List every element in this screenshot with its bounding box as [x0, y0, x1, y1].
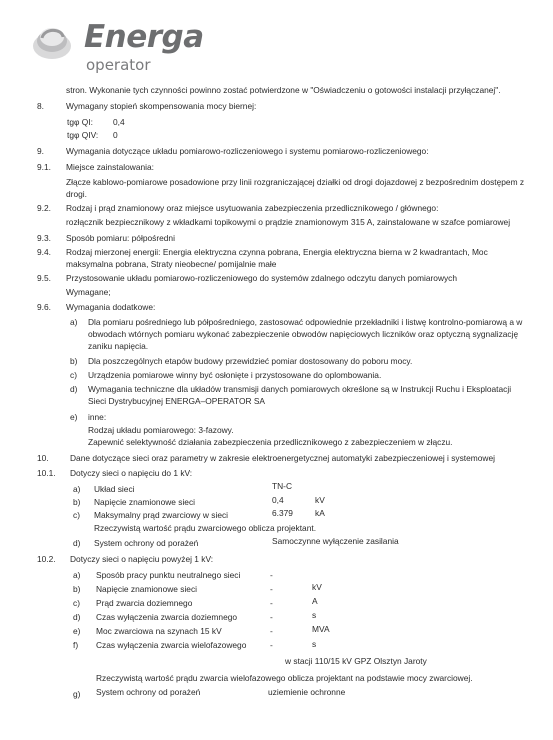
section-9-1-text: Złącze kablowo-pomiarowe posadowione prz… — [66, 178, 524, 186]
row-10-2-d-unit: s — [312, 611, 316, 619]
energa-swirl-icon — [30, 22, 78, 62]
row-10-1-c-letter: c) — [73, 511, 80, 519]
row-10-1-b-label: Napięcie znamionowe sieci — [94, 498, 195, 506]
section-9-2-title: Rodzaj i prąd znamionowy oraz miejsce us… — [66, 204, 438, 212]
item-9-6-b-line1: Dla poszczególnych etapów budowy przewid… — [88, 357, 412, 365]
section-9-5-number: 9.5. — [37, 274, 51, 282]
row-10-2-a-label: Sposób pracy punktu neutralnego sieci — [96, 571, 240, 579]
item-9-6-e-letter: e) — [70, 413, 77, 421]
row-10-2-a-value: - — [270, 571, 273, 579]
row-10-1-b-letter: b) — [73, 498, 80, 506]
item-9-6-a-line3: zaniku napięcia. — [88, 342, 148, 350]
row-10-2-f-label: Czas wyłączenia zwarcia wielofazowego — [96, 641, 246, 649]
section-9-1-text-cont: drogi. — [66, 190, 87, 198]
section-9-2-text: rozłącznik bezpiecznikowy z wkładkami to… — [66, 218, 510, 226]
row-10-2-a-letter: a) — [73, 571, 80, 579]
row-10-2-c-letter: c) — [73, 599, 80, 607]
section-9-4-text-cont: maksymalna pobrana, Straty nieobecne/ po… — [66, 260, 276, 268]
section-10-1-number: 10.1. — [37, 469, 56, 477]
section-9-3-text: Sposób pomiaru: półpośredni — [66, 234, 175, 242]
row-10-2-d-letter: d) — [73, 613, 80, 621]
section-9-number: 9. — [37, 147, 44, 155]
item-9-6-d-letter: d) — [70, 385, 77, 393]
section-9-6-title: Wymagania dodatkowe: — [66, 303, 155, 311]
section-9-2-number: 9.2. — [37, 204, 51, 212]
row-10-2-b-letter: b) — [73, 585, 80, 593]
row-10-2-e-letter: e) — [73, 627, 80, 635]
section-10-number: 10. — [37, 454, 49, 462]
row-10-2-b-value: - — [270, 585, 273, 593]
item-9-6-b-letter: b) — [70, 357, 77, 365]
row-10-1-note: Rzeczywistą wartość prądu zwarciowego ob… — [94, 524, 316, 532]
item-9-6-a-line1: Dla pomiaru pośredniego lub półpośrednie… — [88, 318, 522, 326]
row-10-1-c-label: Maksymalny prąd zwarciowy w sieci — [94, 511, 228, 519]
item-9-6-c-line1: Urządzenia pomiarowe winny być osłonięte… — [88, 371, 381, 379]
row-10-1-c-value: 6.379 — [272, 509, 293, 517]
section-9-6-number: 9.6. — [37, 303, 51, 311]
row-10-1-a-label: Układ sieci — [94, 485, 135, 493]
row-10-2-note: Rzeczywistą wartość prądu zwarcia wielof… — [96, 674, 473, 682]
tg-qiv-value: 0 — [113, 131, 118, 139]
item-9-6-e-line3: Zapewnić selektywność działania zabezpie… — [88, 438, 453, 446]
item-9-6-e-line1: inne: — [88, 413, 106, 421]
section-9-1-title: Miejsce zainstalowania: — [66, 163, 154, 171]
section-9-4-text: Rodzaj mierzonej energii: Energia elektr… — [66, 248, 488, 256]
row-10-2-g-label: System ochrony od porażeń — [96, 688, 200, 696]
energa-operator-logo: Energa operator — [30, 20, 200, 75]
section-8-number: 8. — [37, 102, 44, 110]
row-10-2-f-unit: s — [312, 640, 316, 648]
item-9-6-d-line2: Sieci Dystrybucyjnej ENERGA–OPERATOR SA — [88, 397, 265, 405]
tg-qi-value: 0,4 — [113, 118, 125, 126]
row-10-2-e-label: Moc zwarciowa na szynach 15 kV — [96, 627, 222, 635]
row-10-1-b-unit: kV — [315, 496, 325, 504]
row-10-1-d-value: Samoczynne wyłączenie zasilania — [272, 537, 399, 545]
section-9-5-value: Wymagane; — [66, 288, 111, 296]
row-10-2-d-label: Czas wyłączenia zwarcia doziemnego — [96, 613, 237, 621]
row-10-2-f-value: - — [270, 641, 273, 649]
row-10-1-b-value: 0,4 — [272, 496, 284, 504]
item-9-6-a-line2: obwodach wtórnych pomiaru wykonać zabezp… — [88, 330, 518, 338]
item-9-6-c-letter: c) — [70, 371, 77, 379]
intro-text: stron. Wykonanie tych czynności powinno … — [66, 86, 501, 94]
row-10-2-g-value: uziemienie ochronne — [268, 688, 345, 696]
row-10-2-d-value: - — [270, 613, 273, 621]
row-10-2-e-unit: MVA — [312, 625, 330, 633]
section-9-3-number: 9.3. — [37, 234, 51, 242]
row-10-2-e-value: - — [270, 627, 273, 635]
row-10-2-c-label: Prąd zwarcia doziemnego — [96, 599, 192, 607]
section-10-1-title: Dotyczy sieci o napięciu do 1 kV: — [70, 469, 192, 477]
row-10-2-g-letter: g) — [73, 690, 80, 698]
section-8-title: Wymagany stopień skompensowania mocy bie… — [66, 102, 256, 110]
row-10-2-b-label: Napięcie znamionowe sieci — [96, 585, 197, 593]
logo-name: Energa — [84, 22, 204, 53]
section-9-title: Wymagania dotyczące układu pomiarowo-roz… — [66, 147, 429, 155]
item-9-6-e-line2: Rodzaj układu pomiarowego: 3-fazowy. — [88, 426, 234, 434]
section-9-1-number: 9.1. — [37, 163, 51, 171]
row-10-2-c-value: - — [270, 599, 273, 607]
logo-subtitle: operator — [86, 58, 151, 73]
row-10-1-d-letter: d) — [73, 539, 80, 547]
item-9-6-d-line1: Wymagania techniczne dla układów transmi… — [88, 385, 511, 393]
item-9-6-a-letter: a) — [70, 318, 77, 326]
section-9-5-text: Przystosowanie układu pomiarowo-rozlicze… — [66, 274, 457, 282]
station-text: w stacji 110/15 kV GPZ Olsztyn Jaroty — [285, 657, 427, 665]
section-9-4-number: 9.4. — [37, 248, 51, 256]
row-10-2-b-unit: kV — [312, 583, 322, 591]
row-10-1-d-label: System ochrony od porażeń — [94, 539, 198, 547]
row-10-1-c-unit: kA — [315, 509, 325, 517]
tg-qi-label: tgφ QI: — [67, 118, 93, 126]
row-10-2-c-unit: A — [312, 597, 318, 605]
row-10-2-f-letter: f) — [73, 641, 78, 649]
tg-qiv-label: tgφ QIV: — [67, 131, 98, 139]
row-10-1-a-letter: a) — [73, 485, 80, 493]
section-10-2-number: 10.2. — [37, 555, 56, 563]
row-10-1-a-value: TN-C — [272, 482, 292, 490]
section-10-title: Dane dotyczące sieci oraz parametry w za… — [70, 454, 495, 462]
section-10-2-title: Dotyczy sieci o napięciu powyżej 1 kV: — [70, 555, 213, 563]
